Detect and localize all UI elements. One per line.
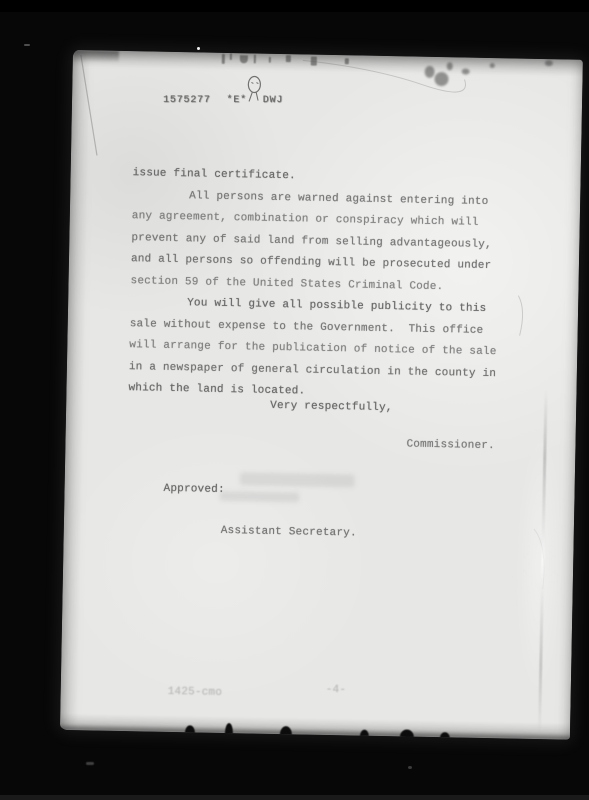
dust-speck — [408, 766, 412, 769]
edge-smudge — [286, 55, 291, 62]
handwritten-doodle — [242, 73, 267, 103]
torn-corner-mark — [73, 50, 119, 63]
ink-blot — [462, 68, 470, 74]
dust-speck — [197, 47, 200, 50]
stamp-file-number: 1575277 — [163, 95, 211, 106]
file-number-stamp: 1575277 *E* DWJ — [163, 95, 292, 106]
film-border-top — [0, 0, 589, 12]
ink-blot — [447, 62, 453, 70]
signature-title: Commissioner. — [406, 438, 495, 452]
photostat-background: 1575277 *E* DWJ issue final certificate.… — [0, 0, 589, 800]
closing-line: Very respectfully, — [270, 400, 393, 414]
ink-blot — [490, 63, 495, 68]
ink-blot — [434, 72, 448, 86]
faded-signature-smudge — [240, 472, 355, 487]
edge-smudge — [230, 53, 232, 60]
torn-notch — [360, 730, 369, 738]
bottom-edge-smear — [60, 724, 570, 740]
document-page: 1575277 *E* DWJ issue final certificate.… — [60, 50, 583, 740]
edge-smudge — [269, 57, 271, 63]
edge-smudge — [222, 54, 225, 64]
countersignature-title: Assistant Secretary. — [221, 525, 357, 540]
form-number: 1425-cmo — [168, 686, 223, 699]
ink-blot — [425, 66, 435, 78]
letter-body: issue final certificate.All persons are … — [128, 163, 502, 407]
ink-blot — [545, 60, 553, 66]
dust-speck — [86, 762, 94, 765]
torn-notch — [400, 729, 414, 738]
torn-notch — [225, 723, 233, 735]
approved-label: Approved: — [163, 483, 224, 496]
edge-smudge — [345, 58, 349, 64]
torn-notch — [440, 732, 450, 739]
page-number: -4- — [326, 684, 347, 696]
film-border-bottom — [0, 795, 589, 800]
faded-signature-smudge — [219, 491, 299, 503]
dust-speck — [24, 44, 30, 46]
edge-smudge — [240, 55, 248, 63]
edge-smudge — [311, 57, 317, 66]
edge-smudge — [254, 54, 256, 63]
torn-notch — [185, 725, 195, 734]
